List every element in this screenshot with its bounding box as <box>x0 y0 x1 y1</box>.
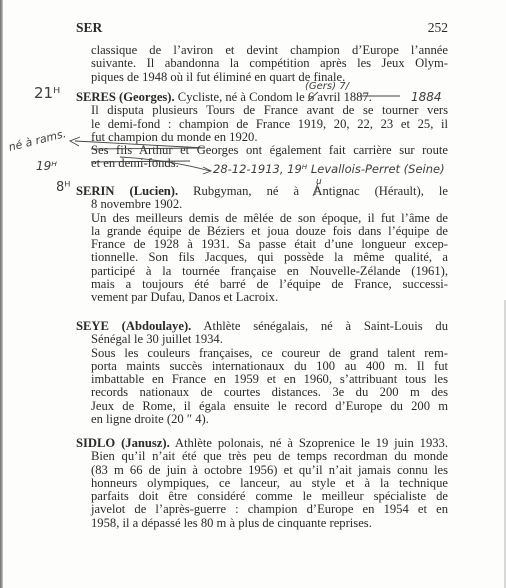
text-line: Jeux de Rome, il égala ensuite le record… <box>91 400 448 413</box>
text-line: javelot de l’après-guerre : champion d’E… <box>91 503 448 516</box>
handwritten-georges-time: 19ᴴ <box>36 160 57 173</box>
continued-entry: classique de l’aviron et devint champion… <box>91 44 448 84</box>
entry-head: SIDLO (Janusz). Athlète polonais, né à S… <box>76 437 448 450</box>
text-line: mais a toujours été barré de l’équipe de… <box>91 278 448 291</box>
text-line: piques de 1948 où il fut éliminé en quar… <box>91 71 448 84</box>
entry-seye: SEYE (Abdoulaye). Athlète sénégalais, né… <box>76 320 448 426</box>
entry-head: SERES (Georges). Cycliste, né à Condom l… <box>76 91 448 104</box>
text-line: en ligne droite (20 ″ 4). <box>91 413 448 426</box>
entry-head-text: Athlète polonais, né à Szoprenice le 19 … <box>170 436 448 450</box>
entry-seres: SERES (Georges). Cycliste, né à Condom l… <box>76 91 448 171</box>
entry-name: SERES (Georges). <box>76 90 175 104</box>
text-line: Ses fils Arthur et Georges ont également… <box>91 144 448 157</box>
text-line: classique de l’aviron et devint champion… <box>91 44 448 57</box>
entry-name: SERIN (Lucien). <box>76 184 178 198</box>
text-line: records nationaux de courtes distances. … <box>91 386 448 399</box>
entry-name: SIDLO (Janusz). <box>76 436 170 450</box>
handwritten-georges-birth: 28-12-1913, 19ᴴ Levallois-Perret (Seine) <box>213 163 445 176</box>
entry-head-line: SEYE (Abdoulaye). Athlète sénégalais, né… <box>76 320 448 333</box>
text-line: Un des meilleurs demis de mêlée de son é… <box>91 212 448 225</box>
text-line: Sénégal le 30 juillet 1934. <box>91 333 448 346</box>
text-line: la grande équipe de Béziers et joua douz… <box>91 225 448 238</box>
text-line: (83 m 66 de juin à octobre 1956) et qu’i… <box>91 464 448 477</box>
handwritten-arthur-born: né à rams. <box>7 127 67 154</box>
page-number: 252 <box>428 21 448 34</box>
text-line: vement par Dufau, Danos et Lacroix. <box>91 291 448 304</box>
entry-serin: SERIN (Lucien). Rubgyman, né à Antignac … <box>76 185 448 305</box>
entry-body: Sénégal le 30 juillet 1934. Sous les cou… <box>91 333 448 426</box>
entry-head: SERIN (Lucien). Rubgyman, né à Antignac … <box>76 185 448 198</box>
text-line: Bien qu’il n’ait été que très peu de tem… <box>91 450 448 463</box>
text-line: Sous les couleurs françaises, ce coureur… <box>91 347 448 360</box>
text-line: suivante. Il abandonna la compétition ap… <box>91 57 448 70</box>
entry-head-text: Athlète sénégalais, né à Saint-Louis du <box>191 319 448 333</box>
entry-name: SEYE (Abdoulaye). <box>76 319 191 333</box>
text-line: le demi-fond : champion de France 1919, … <box>91 118 448 131</box>
entry-sidlo: SIDLO (Janusz). Athlète polonais, né à S… <box>76 437 448 530</box>
handwritten-seres-department: (Gers) 7/ <box>305 80 349 93</box>
text-line: participé à la tournée française en Nouv… <box>91 265 448 278</box>
running-head: SER 252 <box>76 21 448 34</box>
entry-body: Bien qu’il n’ait été que très peu de tem… <box>91 450 448 530</box>
entry-body: 8 novembre 1902. Un des meilleurs demis … <box>91 198 448 304</box>
text-line: fut champion du monde en 1920. <box>91 131 448 144</box>
handwritten-serin-correction: u <box>316 176 322 189</box>
text-line: parfaits doit être considéré comme le me… <box>91 490 448 503</box>
text-line: tionnelle. Son fils Jacques, qui possède… <box>91 251 448 264</box>
entry-head-text: Rubgyman, né à Antignac (Hérault), le <box>178 184 448 198</box>
entry-head-line: SERIN (Lucien). Rubgyman, né à Antignac … <box>76 185 448 198</box>
entry-head-line: SIDLO (Janusz). Athlète polonais, né à S… <box>76 437 448 450</box>
entry-head: SEYE (Abdoulaye). Athlète sénégalais, né… <box>76 320 448 333</box>
dictionary-page: SER 252 classique de l’aviron et devint … <box>0 0 506 588</box>
text-line: imbattable en France en 1959 et en 1960,… <box>91 373 448 386</box>
text-line: 1958, il a dépassé les 80 m à plus de ci… <box>91 517 448 530</box>
handwritten-serin-time: 8ᴴ <box>56 181 70 194</box>
handwritten-year-correction: 1884 <box>411 91 442 104</box>
running-head-key: SER <box>76 21 102 34</box>
text-line: France de 1928 à 1931. Sa passe était d’… <box>91 238 448 251</box>
text-line: 8 novembre 1902. <box>91 198 448 211</box>
entry-body: Il disputa plusieurs Tours de France ava… <box>91 104 448 170</box>
text-line: porta maints succès internationaux du 10… <box>91 360 448 373</box>
text-line: Il disputa plusieurs Tours de France ava… <box>91 104 448 117</box>
text-line: honneurs olympiques, ce lanceur, au styl… <box>91 477 448 490</box>
handwritten-seres-time: 21ᴴ <box>34 87 60 100</box>
